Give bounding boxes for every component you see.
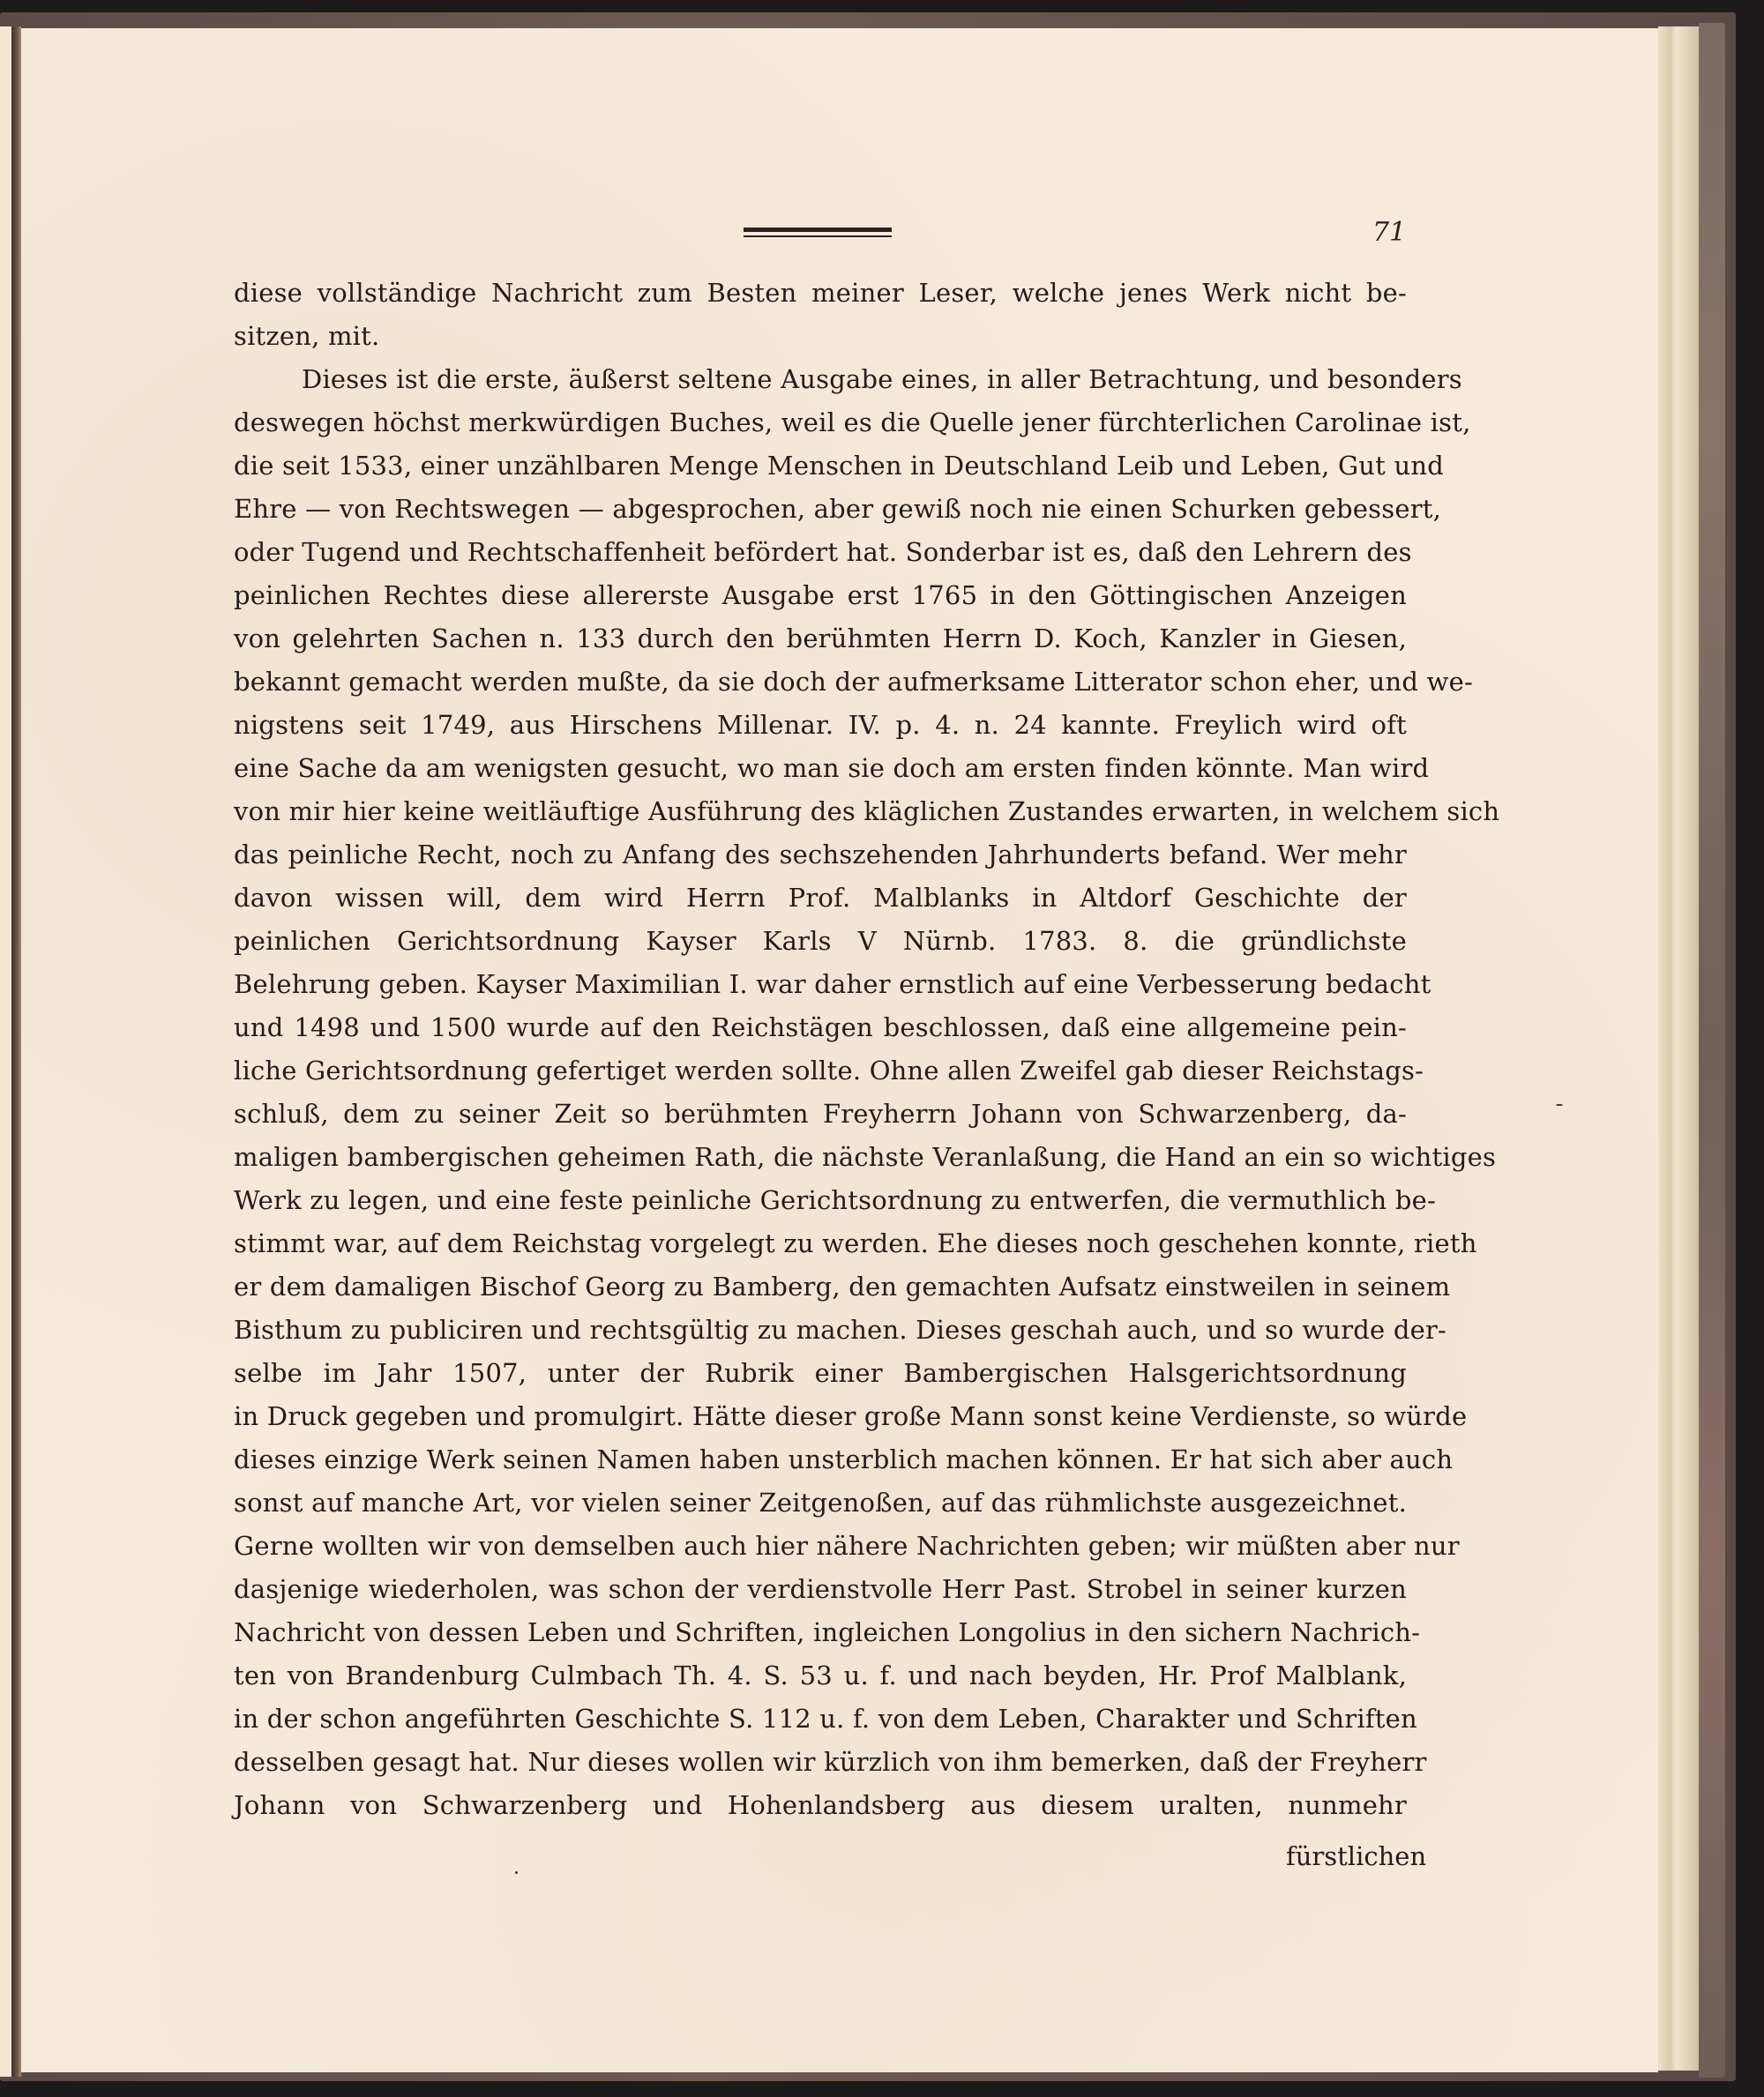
text-line: bekannt gemacht werden mußte, da sie doc… xyxy=(234,666,1407,698)
text-line: und 1498 und 1500 wurde auf den Reichstä… xyxy=(234,1011,1407,1043)
book-gutter xyxy=(11,26,21,2077)
facing-page-edge xyxy=(0,26,12,2077)
text-line: sonst auf manche Art, vor vielen seiner … xyxy=(234,1487,1407,1519)
text-line: Nachricht von dessen Leben und Schriften… xyxy=(234,1616,1407,1648)
text-line: deswegen höchst merkwürdigen Buches, wei… xyxy=(234,407,1407,438)
text-line: eine Sache da am wenigsten gesucht, wo m… xyxy=(234,752,1407,784)
text-line: davon wissen will, dem wird Herrn Prof. … xyxy=(234,882,1407,914)
marbled-cover-edge xyxy=(1699,23,1725,2078)
text-line: diese vollständige Nachricht zum Besten … xyxy=(234,277,1407,309)
text-line: Bisthum zu publiciren und rechtsgültig z… xyxy=(234,1314,1407,1346)
text-line: Gerne wollten wir von demselben auch hie… xyxy=(234,1530,1407,1562)
text-line: sitzen, mit. xyxy=(234,320,1407,352)
text-line: desselben gesagt hat. Nur dieses wollen … xyxy=(234,1746,1407,1778)
text-line: stimmt war, auf dem Reichstag vorgelegt … xyxy=(234,1228,1407,1259)
text-line: oder Tugend und Rechtschaffenheit beförd… xyxy=(234,536,1407,568)
text-line: in der schon angeführten Geschichte S. 1… xyxy=(234,1703,1407,1735)
text-line: das peinliche Recht, noch zu Anfang des … xyxy=(234,839,1407,870)
text-line: maligen bambergischen geheimen Rath, die… xyxy=(234,1141,1407,1173)
text-line-paragraph-start: Dieses ist die erste, äußerst seltene Au… xyxy=(302,363,1407,395)
catchword: fürstlichen xyxy=(1286,1840,1426,1872)
text-line: von mir hier keine weitläuftige Ausführu… xyxy=(234,795,1407,827)
text-line: schluß, dem zu seiner Zeit so berühmten … xyxy=(234,1098,1407,1130)
page-number: 71 xyxy=(1372,217,1406,248)
text-line: peinlichen Rechtes diese allererste Ausg… xyxy=(234,579,1407,611)
text-line: dasjenige wiederholen, was schon der ver… xyxy=(234,1573,1407,1605)
paper-mark xyxy=(1556,1104,1563,1106)
text-line: die seit 1533, einer unzählbaren Menge M… xyxy=(234,450,1407,481)
text-line: in Druck gegeben und promulgirt. Hätte d… xyxy=(234,1400,1407,1432)
text-line: nigstens seit 1749, aus Hirschens Millen… xyxy=(234,709,1407,741)
text-line: liche Gerichtsordnung gefertiget werden … xyxy=(234,1055,1407,1086)
text-line: Ehre — von Rechtswegen — abgesprochen, a… xyxy=(234,493,1407,525)
text-line: er dem damaligen Bischof Georg zu Bamber… xyxy=(234,1271,1407,1302)
text-line: Belehrung geben. Kayser Maximilian I. wa… xyxy=(234,968,1407,1000)
text-line: Werk zu legen, und eine feste peinliche … xyxy=(234,1184,1407,1216)
text-line: dieses einzige Werk seinen Namen haben u… xyxy=(234,1444,1407,1475)
header-double-rule xyxy=(744,228,892,237)
page-block-edges xyxy=(1658,26,1700,2071)
text-line: peinlichen Gerichtsordnung Kayser Karls … xyxy=(234,925,1407,957)
text-line: ten von Brandenburg Culmbach Th. 4. S. 5… xyxy=(234,1660,1407,1691)
paper-speck xyxy=(515,1871,518,1874)
text-line: von gelehrten Sachen n. 133 durch den be… xyxy=(234,623,1407,654)
text-line: Johann von Schwarzenberg und Hohenlandsb… xyxy=(234,1789,1407,1821)
text-line: selbe im Jahr 1507, unter der Rubrik ein… xyxy=(234,1357,1407,1389)
